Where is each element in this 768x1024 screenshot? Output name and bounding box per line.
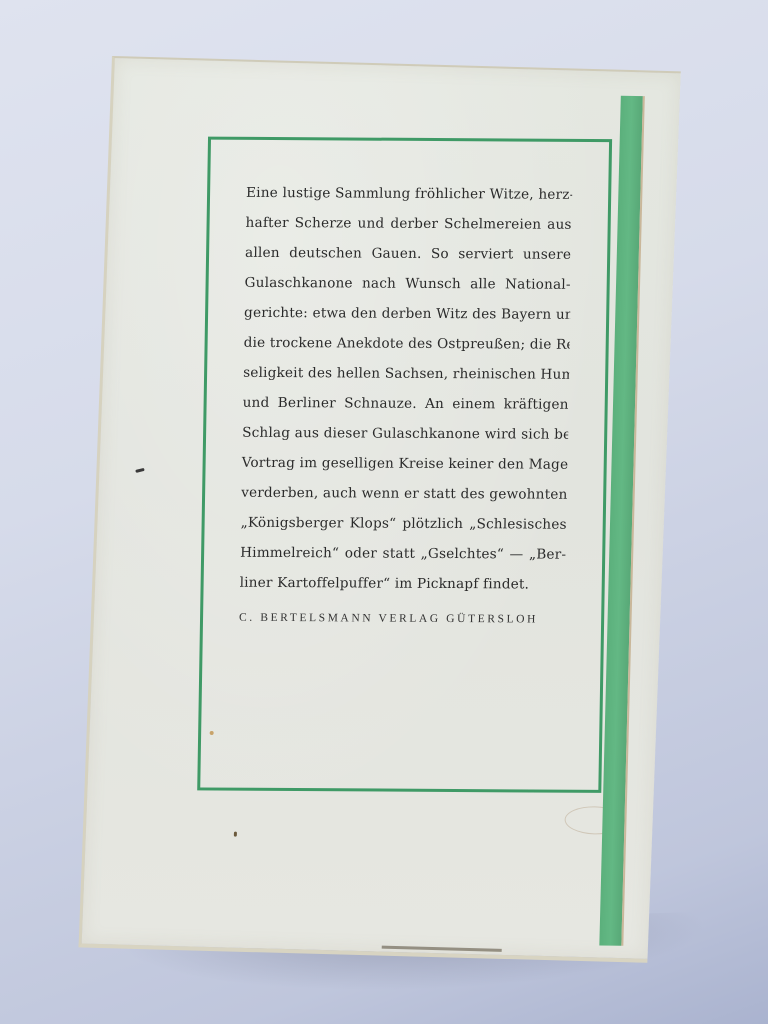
blurb-line: Himmelreich“ oder statt „Gselchtes“ — „B… bbox=[240, 538, 567, 570]
blurb-line: Schlag aus dieser Gulaschkanone wird sic… bbox=[242, 418, 569, 450]
back-cover: Eine lustige Sammlung fröhlicher Witze, … bbox=[79, 56, 681, 963]
blurb-line: Eine lustige Sammlung fröhlicher Witze, … bbox=[246, 178, 573, 210]
blurb-line: Vortrag im geselligen Kreise keiner den … bbox=[241, 448, 568, 480]
blurb-text: Eine lustige Sammlung fröhlicher Witze, … bbox=[239, 178, 572, 626]
blurb-line: gerichte: etwa den derben Witz des Bayer… bbox=[244, 298, 571, 330]
book: Eine lustige Sammlung fröhlicher Witze, … bbox=[79, 56, 692, 957]
blurb-line: die trockene Anekdote des Ostpreußen; di… bbox=[243, 328, 570, 360]
dirt-spot bbox=[234, 832, 237, 837]
blurb-line: allen deutschen Gauen. So serviert unser… bbox=[245, 238, 572, 270]
publisher-imprint: C. BERTELSMANN VERLAG GÜTERSLOH bbox=[239, 612, 565, 626]
blurb-line: seligkeit des hellen Sachsen, rheinische… bbox=[243, 358, 570, 390]
blurb-line: liner Kartoffelpuffer“ im Picknapf finde… bbox=[239, 568, 566, 600]
blurb-line: „Königsberger Klops“ plötzlich „Schlesis… bbox=[240, 508, 567, 540]
blurb-line: hafter Scherze und derber Schelmereien a… bbox=[245, 208, 572, 240]
blurb-line: und Berliner Schnauze. An einem kräftige… bbox=[242, 388, 569, 420]
blurb-line: verderben, auch wenn er statt des gewohn… bbox=[241, 478, 568, 510]
green-frame: Eine lustige Sammlung fröhlicher Witze, … bbox=[197, 137, 612, 793]
worn-edge bbox=[382, 946, 502, 952]
ink-mark bbox=[135, 468, 144, 473]
blurb-line: Gulaschkanone nach Wunsch alle National- bbox=[244, 268, 571, 300]
